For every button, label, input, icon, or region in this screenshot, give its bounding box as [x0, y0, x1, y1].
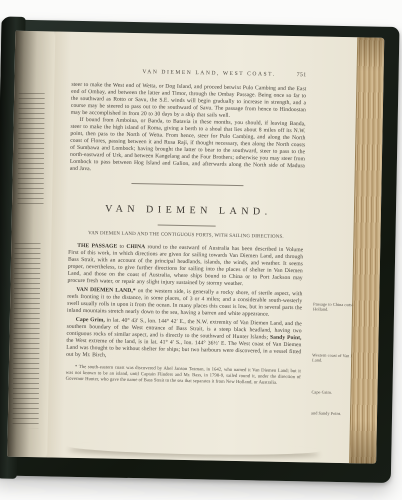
running-header: VAN DIEMEN LAND, WEST COAST. 751: [72, 68, 307, 80]
bold-lead: Cape Grim,: [76, 317, 105, 324]
paragraph-cape-grim: Cape Grim, in lat. 40° 43′ S., lon. 144°…: [66, 317, 302, 364]
section-subtitle: VAN DIEMEN LAND AND THE CONTIGUOUS PORTS…: [68, 231, 303, 242]
open-book: VAN DIEMEN LAND, WEST COAST. 751 steer t…: [0, 19, 400, 483]
bold-lead: THE PASSAGE: [77, 243, 117, 250]
running-title: VAN DIEMEN LAND, WEST COAST.: [142, 69, 275, 78]
paragraph-western-side: VAN DIEMEN LAND,* on the western side, i…: [67, 287, 302, 320]
left-page-text-fragments: [18, 93, 45, 205]
page-curl-shadow: [67, 440, 320, 457]
footnote: * The south-eastern coast was discovered…: [66, 365, 301, 387]
bold-lead: Sandy Point,: [270, 335, 302, 342]
text-segment: the West extreme of the land, is in lat.…: [66, 338, 301, 359]
page-number: 751: [297, 72, 307, 79]
text-segment: to: [117, 244, 126, 250]
photo-background: VAN DIEMEN LAND, WEST COAST. 751 steer t…: [0, 0, 402, 500]
bold-lead: VAN DIEMEN LAND,*: [76, 287, 135, 294]
paragraph-continuation: steer to make the West end of Wetta, or …: [71, 82, 307, 122]
text-column: VAN DIEMEN LAND, WEST COAST. 751 steer t…: [66, 68, 307, 392]
section-title: VAN DIEMEN LAND.: [69, 202, 304, 220]
section-title-rule: [157, 224, 215, 226]
paragraph-passage-to-china: THE PASSAGE to CHINA round to the eastwa…: [68, 243, 304, 290]
section-divider-rule: [131, 183, 243, 186]
right-page: VAN DIEMEN LAND, WEST COAST. 751 steer t…: [47, 31, 358, 463]
left-page-text-fragments: [13, 243, 41, 428]
pages-area: VAN DIEMEN LAND, WEST COAST. 751 steer t…: [7, 31, 384, 464]
bold-lead: CHINA: [126, 244, 145, 250]
paragraph-amboina-banda: If bound from Amboina, or Banda, to Bata…: [70, 117, 306, 178]
text-segment: round to the eastward of Australia has b…: [68, 244, 304, 287]
